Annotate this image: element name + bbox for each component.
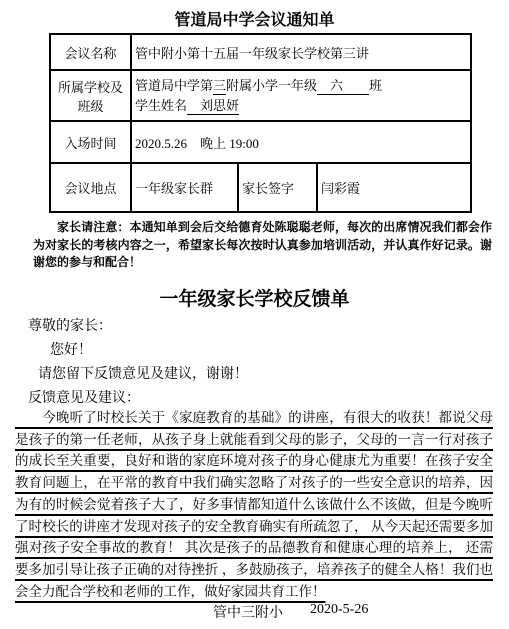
footer-school-name: 管中三附小	[213, 602, 283, 622]
filled-school-number: 三	[213, 78, 226, 93]
meeting-place-value: 一年级家长群	[131, 163, 238, 212]
feedback-title: 一年级家长学校反馈单	[0, 284, 509, 311]
filled-class-blank: 六	[317, 78, 369, 93]
feedback-content: 今晚听了时校长关于《家庭教育的基础》的讲座，有很大的收获！都说父母是孩子的第一任…	[15, 407, 493, 602]
table-row-meeting-place: 会议地点 一年级家长群 家长签字 闫彩霞	[50, 163, 471, 212]
meeting-name-label: 会议名称	[50, 34, 131, 70]
meeting-name-value: 管中附小第十五届一年级家长学校第三讲	[131, 34, 471, 70]
student-name-line: 学生姓名 刘思妍	[135, 96, 467, 116]
entry-time-value: 2020.5.26 晚上 19:00	[131, 121, 471, 163]
school-text-before: 管道局中学第	[135, 78, 213, 93]
school-class-value: 管道局中学第三附属小学一年级 六 班 学生姓名 刘思妍	[131, 70, 471, 121]
feedback-request-line: 请您留下反馈意见及建议，谢谢！	[38, 363, 248, 383]
table-row-school-class: 所属学校及班级 管道局中学第三附属小学一年级 六 班 学生姓名 刘思妍	[50, 70, 471, 121]
parent-sign-value: 闫彩霞	[317, 163, 471, 212]
parent-notice-note: 家长请注意：本通知单到会后交给德育处陈聪聪老师，每次的出席情况我们都会作为对家长…	[33, 219, 492, 272]
notice-title: 管道局中学会议通知单	[0, 7, 509, 30]
student-name-value: 刘思妍	[187, 98, 239, 113]
feedback-section-label: 反馈意见及建议：	[28, 387, 140, 407]
student-name-label: 学生姓名	[135, 98, 187, 113]
school-class-line1: 管道局中学第三附属小学一年级 六 班	[135, 76, 467, 96]
parent-sign-label: 家长签字	[238, 163, 317, 212]
school-text-after: 班	[369, 78, 382, 93]
entry-time-label: 入场时间	[50, 121, 131, 163]
meeting-place-label: 会议地点	[50, 163, 131, 212]
table-row-meeting-name: 会议名称 管中附小第十五届一年级家长学校第三讲	[50, 34, 471, 70]
notice-table: 会议名称 管中附小第十五届一年级家长学校第三讲 所属学校及班级 管道局中学第三附…	[49, 33, 472, 213]
school-class-label: 所属学校及班级	[50, 70, 131, 121]
footer-date: 2020-5-26	[310, 602, 368, 618]
table-row-entry-time: 入场时间 2020.5.26 晚上 19:00	[50, 121, 471, 163]
feedback-greeting: 您好！	[50, 339, 92, 359]
document-page: { "colors": { "text": "#000000", "backgr…	[0, 0, 509, 629]
school-text-mid: 附属小学一年级	[226, 78, 317, 93]
feedback-salutation: 尊敬的家长：	[28, 315, 112, 335]
